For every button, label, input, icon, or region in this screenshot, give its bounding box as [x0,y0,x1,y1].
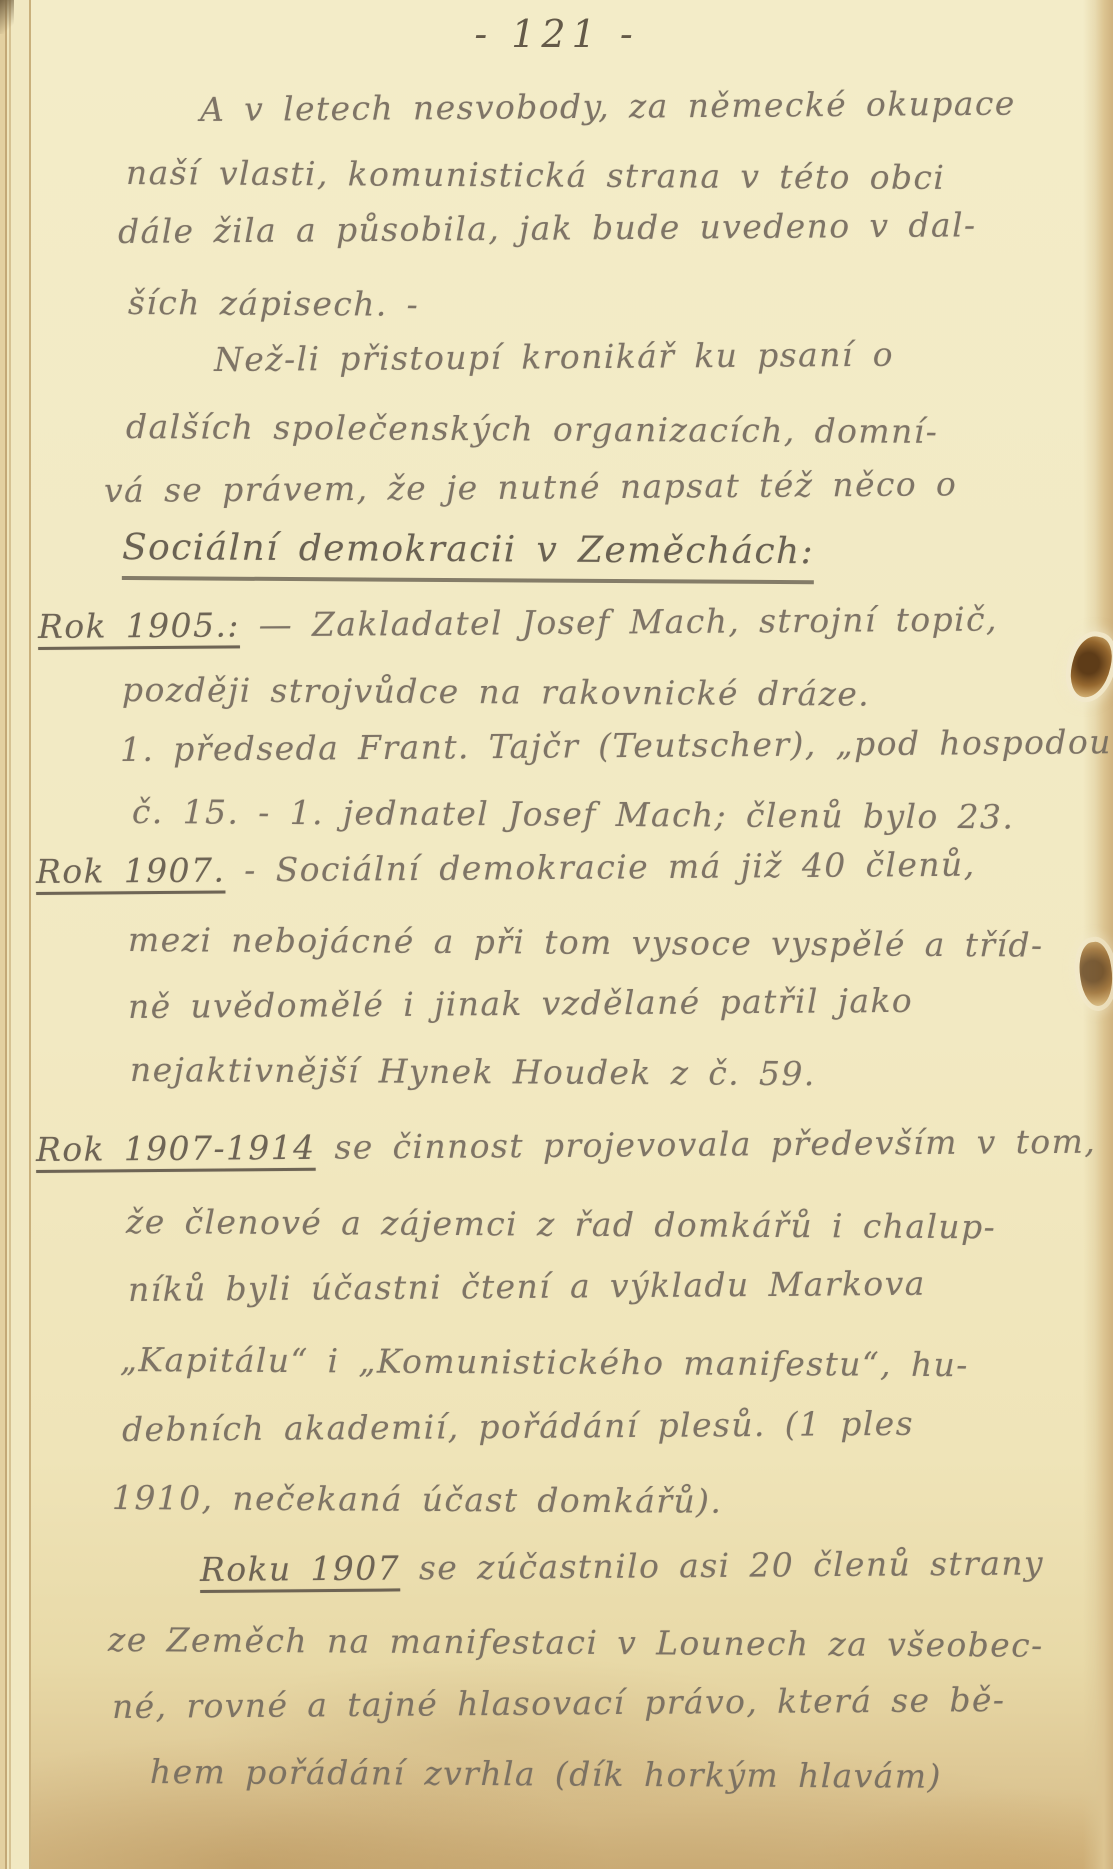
line-text: se zúčastnilo asi 20 členů strany [400,1543,1044,1587]
handwritten-line: níků byli účastni čtení a výkladu Markov… [128,1264,926,1309]
handwritten-line: ze Zeměch na manifestaci v Lounech za vš… [108,1620,1044,1665]
handwritten-line: že členové a zájemci z řad domkářů i cha… [126,1202,996,1246]
line-text: se činnost projevovala především v tom, [315,1122,1096,1167]
chronicle-page: - 121 - A v letech nesvobody, za německé… [0,0,1113,1869]
handwritten-line: né, rovné a tajné hlasovací právo, která… [112,1680,1006,1726]
handwritten-line: vá se právem, že je nutné napsat též něc… [104,464,958,510]
page-number: - 121 - [0,12,1113,56]
handwritten-line: Roku 1907 se zúčastnilo asi 20 členů str… [200,1543,1044,1589]
handwritten-line: Než-li přistoupí kronikář ku psaní o [214,335,894,379]
handwritten-line: 1910, nečekaná účast domkářů). [112,1478,723,1521]
handwritten-line: „Kapitálu“ i „Komunistického manifestu“,… [120,1340,969,1384]
handwritten-line: dále žila a působila, jak bude uvedeno v… [118,205,977,251]
year-label: Rok 1907. [36,851,226,891]
section-heading: Sociální demokracii v Zeměchách: [122,527,814,584]
handwritten-line: 1. předseda Frant. Tajčr (Teutscher), „p… [120,722,1113,769]
page-binding-edge [0,0,38,1869]
handwritten-line: A v letech nesvobody, za německé okupace [200,84,1016,129]
year-label: Rok 1907-1914 [36,1128,316,1169]
handwritten-line: Rok 1907-1914 se činnost projevovala pře… [36,1122,1096,1169]
handwritten-line: Rok 1905.: — Zakladatel Josef Mach, stro… [38,599,998,646]
year-label: Roku 1907 [200,1548,400,1589]
handwritten-line: později strojvůdce na rakovnické dráze. [122,670,870,714]
handwritten-line: ších zápisech. - [128,283,419,324]
handwritten-line: nejaktivnější Hynek Houdek z č. 59. [130,1050,816,1093]
handwritten-line: debních akademií, pořádání plesů. (1 ple… [122,1404,914,1449]
handwritten-line: dalších společenských organizacích, domn… [126,407,938,451]
line-text: — Zakladatel Josef Mach, strojní topič, [240,599,998,644]
handwritten-line: Rok 1907. - Sociální demokracie má již 4… [36,845,976,891]
year-label: Rok 1905.: [38,605,240,646]
handwritten-line: naší vlasti, komunistická strana v této … [126,153,946,197]
handwritten-line: ně uvědomělé i jinak vzdělané patřil jak… [128,981,913,1026]
line-text: - Sociální demokracie má již 40 členů, [225,845,976,890]
section-heading-text: Sociální demokracii v Zeměchách: [122,527,814,584]
page-right-edge [1083,0,1113,1869]
handwritten-line: mezi nebojácné a při tom vysoce vyspělé … [128,920,1044,965]
handwritten-line: hem pořádání zvrhla (dík horkým hlavám) [150,1752,942,1796]
handwritten-line: č. 15. - 1. jednatel Josef Mach; členů b… [132,792,1015,836]
